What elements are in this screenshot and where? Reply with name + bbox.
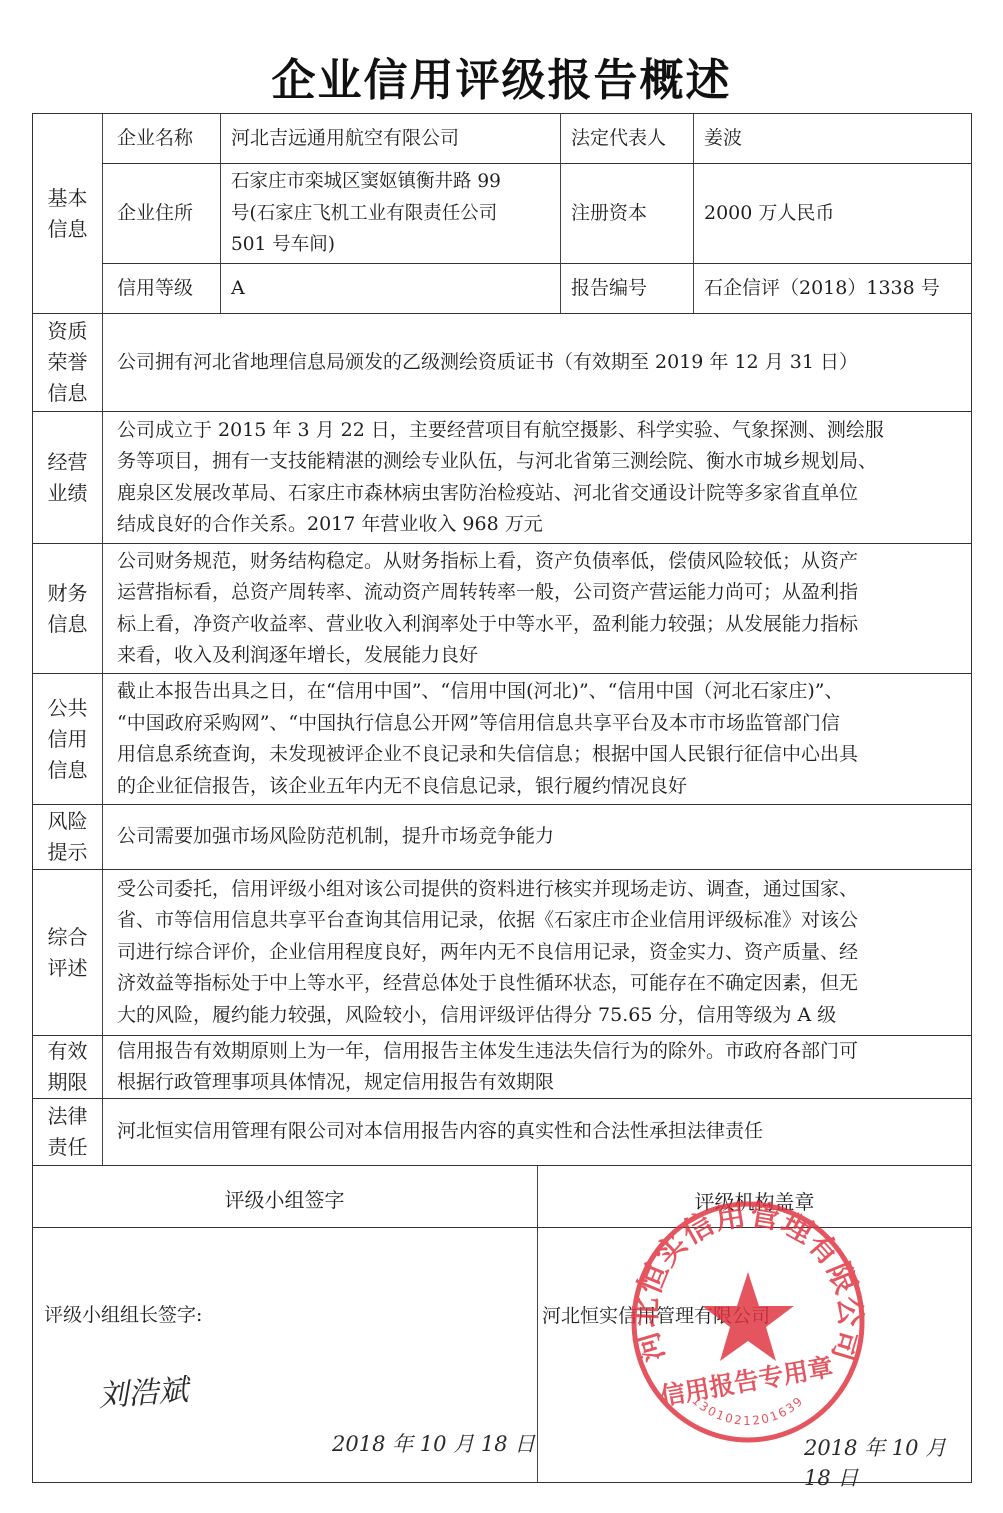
section-text: 截止本报告出具之日，在“信用中国”、“信用中国(河北)”、“信用中国（河北石家庄… <box>102 674 972 804</box>
section-label: 公共 信用 信息 <box>32 674 102 804</box>
text-line: 标上看，净资产收益率、营业收入利润率处于中等水平，盈利能力较强；从发展能力指标 <box>117 609 964 641</box>
section-label-line: 信息 <box>48 755 88 786</box>
text-line: 省、市等信用信息共享平台查询其信用记录，依据《石家庄市企业信用评级标准》对该公 <box>117 905 964 937</box>
text-line: 济效益等指标处于中上等水平，经营总体处于良性循环状态，可能存在不确定因素，但无 <box>117 968 964 1000</box>
section-label-line: 信息 <box>48 378 88 409</box>
section-label-line: 综合 <box>48 922 88 953</box>
address-label: 企业住所 <box>102 164 220 263</box>
section-label-line: 信息 <box>48 609 88 640</box>
text-line: 根据行政管理事项具体情况，规定信用报告有效期限 <box>117 1067 964 1099</box>
basic-info-section-label: 基本 信息 <box>32 113 102 313</box>
company-seal-icon: 河北恒实信用管理有限公司 信用报告专用章 1301021201639 <box>622 1200 872 1450</box>
text-line: 结成良好的合作关系。2017 年营业收入 968 万元 <box>117 509 964 541</box>
section-label-line: 提示 <box>48 837 88 868</box>
row-credit-level: 信用等级 A 报告编号 石企信评（2018）1338 号 <box>102 263 972 313</box>
section-label-line: 荣誉 <box>48 347 88 378</box>
text-line: 公司需要加强市场风险防范机制，提升市场竞争能力 <box>117 821 554 853</box>
legal-rep-label: 法定代表人 <box>560 114 693 163</box>
section-label: 资质 荣誉 信息 <box>32 314 102 411</box>
report-no-value: 石企信评（2018）1338 号 <box>693 264 972 313</box>
reg-capital-value: 2000 万人民币 <box>693 164 972 263</box>
left-signature-date: 2018 年 10 月 18 日 <box>332 1428 535 1458</box>
text-line: 大的风险，履约能力较强，风险较小，信用评级评估得分 75.65 分，信用等级为 … <box>117 1000 964 1032</box>
address-value: 石家庄市栾城区窦妪镇衡井路 99 号(石家庄飞机工业有限责任公司 501 号车间… <box>220 164 560 263</box>
legal-rep-value: 姜波 <box>693 114 972 163</box>
section-label-line: 业绩 <box>48 478 88 509</box>
company-name-value: 河北吉远通用航空有限公司 <box>220 114 560 163</box>
section-text: 公司财务规范，财务结构稳定。从财务指标上看，资产负债率低，偿债风险较低；从资产 … <box>102 544 972 673</box>
rating-team-signature-header: 评级小组签字 <box>32 1184 537 1213</box>
section-label-line: 经营 <box>48 447 88 478</box>
section-label: 财务 信息 <box>32 544 102 673</box>
team-leader-signature-label: 评级小组组长签字: <box>44 1300 202 1327</box>
section-text: 受公司委托，信用评级小组对该公司提供的资料进行核实并现场走访、调查，通过国家、 … <box>102 870 972 1035</box>
section-text: 公司拥有河北省地理信息局颁发的乙级测绘资质证书（有效期至 2019 年 12 月… <box>102 314 972 411</box>
seal-center-text: 信用报告专用章 <box>658 1352 835 1411</box>
section-label-line: 财务 <box>48 578 88 609</box>
section-label: 有效 期限 <box>32 1036 102 1098</box>
section-label-line: 公共 <box>48 693 88 724</box>
row-address: 企业住所 石家庄市栾城区窦妪镇衡井路 99 号(石家庄飞机工业有限责任公司 50… <box>102 163 972 263</box>
reg-capital-label: 注册资本 <box>560 164 693 263</box>
credit-level-label: 信用等级 <box>102 264 220 313</box>
text-line: 务等项目，拥有一支技能精湛的测绘专业队伍，与河北省第三测绘院、衡水市城乡规划局、 <box>117 446 964 478</box>
text-line: 鹿泉区发展改革局、石家庄市森林病虫害防治检疫站、河北省交通设计院等多家省直单位 <box>117 478 964 510</box>
address-line: 501 号车间) <box>231 229 335 261</box>
credit-level-value: A <box>220 264 560 313</box>
section-label-line: 法律 <box>48 1101 88 1132</box>
section-label-line: 信用 <box>48 724 88 755</box>
handwritten-signature: 刘浩斌 <box>97 1365 190 1415</box>
section-label: 综合 评述 <box>32 870 102 1035</box>
text-line: 来看，收入及利润逐年增长，发展能力良好 <box>117 640 964 672</box>
text-line: 司进行综合评价，企业信用程度良好，两年内无不良信用记录，资金实力、资产质量、经 <box>117 937 964 969</box>
section-label-line: 资质 <box>48 316 88 347</box>
address-line: 号(石家庄飞机工业有限责任公司 <box>231 198 497 230</box>
section-label-line: 责任 <box>48 1132 88 1163</box>
text-line: 的企业征信报告，该企业五年内无不良信息记录，银行履约情况良好 <box>117 771 964 803</box>
text-line: 截止本报告出具之日，在“信用中国”、“信用中国(河北)”、“信用中国（河北石家庄… <box>117 676 964 708</box>
address-line: 石家庄市栾城区窦妪镇衡井路 99 <box>231 166 501 198</box>
section-label-line: 风险 <box>48 806 88 837</box>
text-line: 公司财务规范，财务结构稳定。从财务指标上看，资产负债率低，偿债风险较低；从资产 <box>117 546 964 578</box>
section-label-line: 基本 <box>48 183 88 214</box>
section-label: 风险 提示 <box>32 805 102 869</box>
section-label-line: 有效 <box>48 1036 88 1067</box>
table-bottom-border <box>32 1482 972 1483</box>
section-text: 河北恒实信用管理有限公司对本信用报告内容的真实性和合法性承担法律责任 <box>102 1099 972 1165</box>
document-title: 企业信用评级报告概述 <box>0 44 1003 108</box>
text-line: 用信息系统查询，未发现被评企业不良记录和失信信息；根据中国人民银行征信中心出具 <box>117 739 964 771</box>
company-name-label: 企业名称 <box>102 114 220 163</box>
section-text: 公司成立于 2015 年 3 月 22 日，主要经营项目有航空摄影、科学实验、气… <box>102 412 972 543</box>
text-line: “中国政府采购网”、“中国执行信息公开网”等信用信息共享平台及本市市场监管部门信 <box>117 708 964 740</box>
section-label-line: 信息 <box>48 214 88 245</box>
text-line: 河北恒实信用管理有限公司对本信用报告内容的真实性和合法性承担法律责任 <box>117 1116 763 1148</box>
text-line: 公司成立于 2015 年 3 月 22 日，主要经营项目有航空摄影、科学实验、气… <box>117 415 964 447</box>
text-line: 信用报告有效期原则上为一年，信用报告主体发生违法失信行为的除外。市政府各部门可 <box>117 1036 964 1068</box>
text-line: 运营指标看，总资产周转率、流动资产周转转率一般，公司资产营运能力尚可；从盈利指 <box>117 577 964 609</box>
text-line: 公司拥有河北省地理信息局颁发的乙级测绘资质证书（有效期至 2019 年 12 月… <box>117 347 858 379</box>
section-text: 信用报告有效期原则上为一年，信用报告主体发生违法失信行为的除外。市政府各部门可 … <box>102 1036 972 1098</box>
report-no-label: 报告编号 <box>560 264 693 313</box>
section-label: 法律 责任 <box>32 1099 102 1165</box>
section-label-line: 评述 <box>48 953 88 984</box>
section-label: 经营 业绩 <box>32 412 102 543</box>
text-line: 受公司委托，信用评级小组对该公司提供的资料进行核实并现场走访、调查，通过国家、 <box>117 874 964 906</box>
section-text: 公司需要加强市场风险防范机制，提升市场竞争能力 <box>102 805 972 869</box>
section-label-line: 期限 <box>48 1067 88 1098</box>
row-company-name: 企业名称 河北吉远通用航空有限公司 法定代表人 姜波 <box>102 113 972 163</box>
